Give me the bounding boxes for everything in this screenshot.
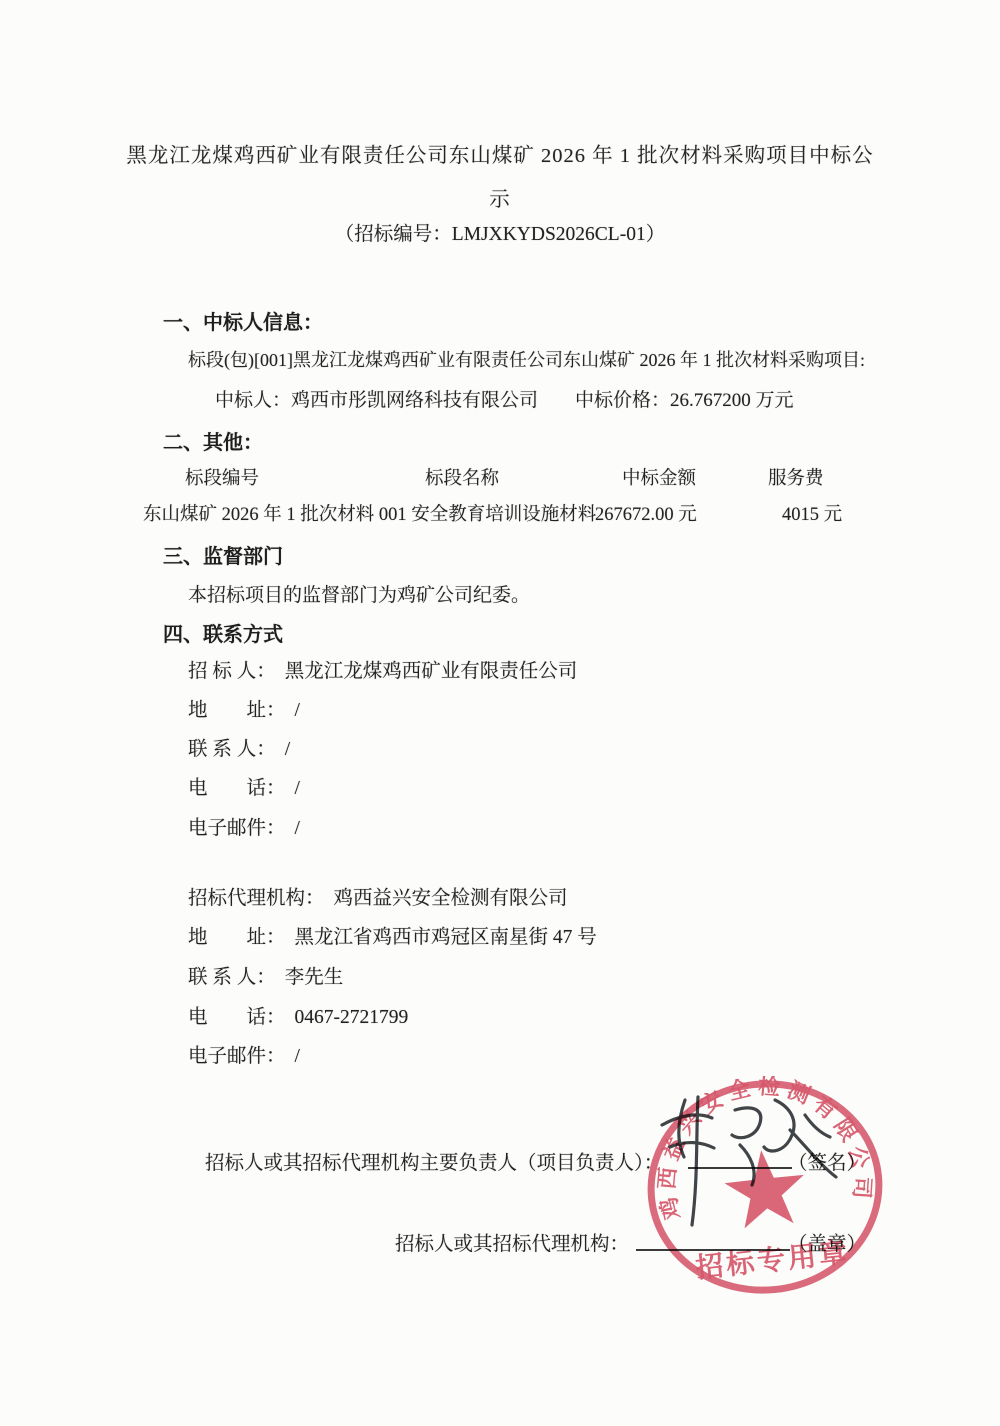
agent-email-value: /: [295, 1046, 300, 1067]
section1-heading: 一、中标人信息：: [163, 306, 323, 335]
table-cell-service-fee: 4015 元: [782, 500, 842, 526]
agent-value: 鸡西益兴安全检测有限公司: [334, 888, 568, 909]
tenderer-name-row: 招 标 人：黑龙江龙煤鸡西矿业有限责任公司: [188, 655, 577, 683]
price-label: 中标价格：: [575, 390, 670, 411]
section2-heading: 二、其他：: [163, 426, 263, 455]
principal-signature-label: 招标人或其招标代理机构主要负责人（项目负责人）：: [205, 1147, 663, 1175]
agent-phone-row: 电 话：0467-2721799: [188, 1001, 408, 1029]
tenderer-phone-label: 电 话：: [188, 778, 286, 799]
winner-name: 鸡西市彤凯网络科技有限公司: [291, 390, 538, 411]
table-row: 东山煤矿 2026 年 1 批次材料 001 安全教育培训设施材料: [143, 500, 596, 526]
price-line: 中标价格：26.767200 万元: [575, 385, 794, 412]
agent-contact-label: 联 系 人：: [188, 967, 276, 988]
tenderer-label: 招 标 人：: [188, 661, 276, 682]
tenderer-address-value: /: [295, 700, 300, 721]
agent-phone-value: 0467-2721799: [295, 1007, 409, 1028]
section4-heading: 四、联系方式: [163, 618, 283, 647]
document-page: 黑龙江龙煤鸡西矿业有限责任公司东山煤矿 2026 年 1 批次材料采购项目中标公…: [0, 0, 1000, 1426]
agent-label: 招标代理机构：: [188, 888, 325, 909]
table-header-lot-no: 标段编号: [185, 464, 259, 490]
agent-email-label: 电子邮件：: [188, 1046, 286, 1067]
agent-contact-value: 李先生: [285, 967, 344, 988]
tenderer-phone-value: /: [295, 778, 300, 799]
agent-address-row: 地 址：黑龙江省鸡西市鸡冠区南星街 47 号: [188, 921, 597, 949]
agent-name-row: 招标代理机构：鸡西益兴安全检测有限公司: [188, 882, 568, 910]
table-header-amount: 中标金额: [622, 464, 696, 490]
table-header-service-fee: 服务费: [768, 464, 824, 490]
tenderer-email-label: 电子邮件：: [188, 818, 286, 839]
stamp-bottom-text: 招标专用章: [694, 1236, 852, 1285]
tenderer-value: 黑龙江龙煤鸡西矿业有限责任公司: [285, 661, 578, 682]
winner-label: 中标人：: [215, 390, 291, 411]
agent-contact-row: 联 系 人：李先生: [188, 961, 343, 989]
tenderer-contact-value: /: [285, 739, 290, 760]
tenderer-address-label: 地 址：: [188, 700, 286, 721]
agency-signature-label: 招标人或其招标代理机构：: [395, 1228, 629, 1256]
document-title-line1: 黑龙江龙煤鸡西矿业有限责任公司东山煤矿 2026 年 1 批次材料采购项目中标公: [0, 138, 1000, 168]
section3-heading: 三、监督部门: [163, 540, 283, 569]
winner-line: 中标人：鸡西市彤凯网络科技有限公司: [215, 385, 538, 412]
lot-description: 标段(包)[001]黑龙江龙煤鸡西矿业有限责任公司东山煤矿 2026 年 1 批…: [188, 346, 865, 372]
agent-address-label: 地 址：: [188, 927, 286, 948]
table-header-lot-name: 标段名称: [425, 464, 499, 490]
table-cell-lot: 东山煤矿 2026 年 1 批次材料 001 安全教育培训设施材料: [143, 505, 596, 525]
tender-number: （招标编号：LMJXKYDS2026CL-01）: [0, 218, 1000, 246]
supervision-body: 本招标项目的监督部门为鸡矿公司纪委。: [188, 580, 530, 607]
agent-email-row: 电子邮件：/: [188, 1040, 300, 1068]
tenderer-phone-row: 电 话：/: [188, 772, 300, 800]
tenderer-email-value: /: [295, 818, 300, 839]
tenderer-contact-row: 联 系 人：/: [188, 733, 290, 761]
table-cell-amount: 267672.00 元: [595, 500, 697, 526]
handwritten-signature: [640, 1085, 870, 1235]
price-value: 26.767200 万元: [670, 390, 794, 411]
tenderer-email-row: 电子邮件：/: [188, 812, 300, 840]
agent-address-value: 黑龙江省鸡西市鸡冠区南星街 47 号: [295, 927, 597, 948]
tenderer-address-row: 地 址：/: [188, 694, 300, 722]
agent-phone-label: 电 话：: [188, 1007, 286, 1028]
tenderer-contact-label: 联 系 人：: [188, 739, 276, 760]
document-title-line2: 示: [0, 182, 1000, 212]
